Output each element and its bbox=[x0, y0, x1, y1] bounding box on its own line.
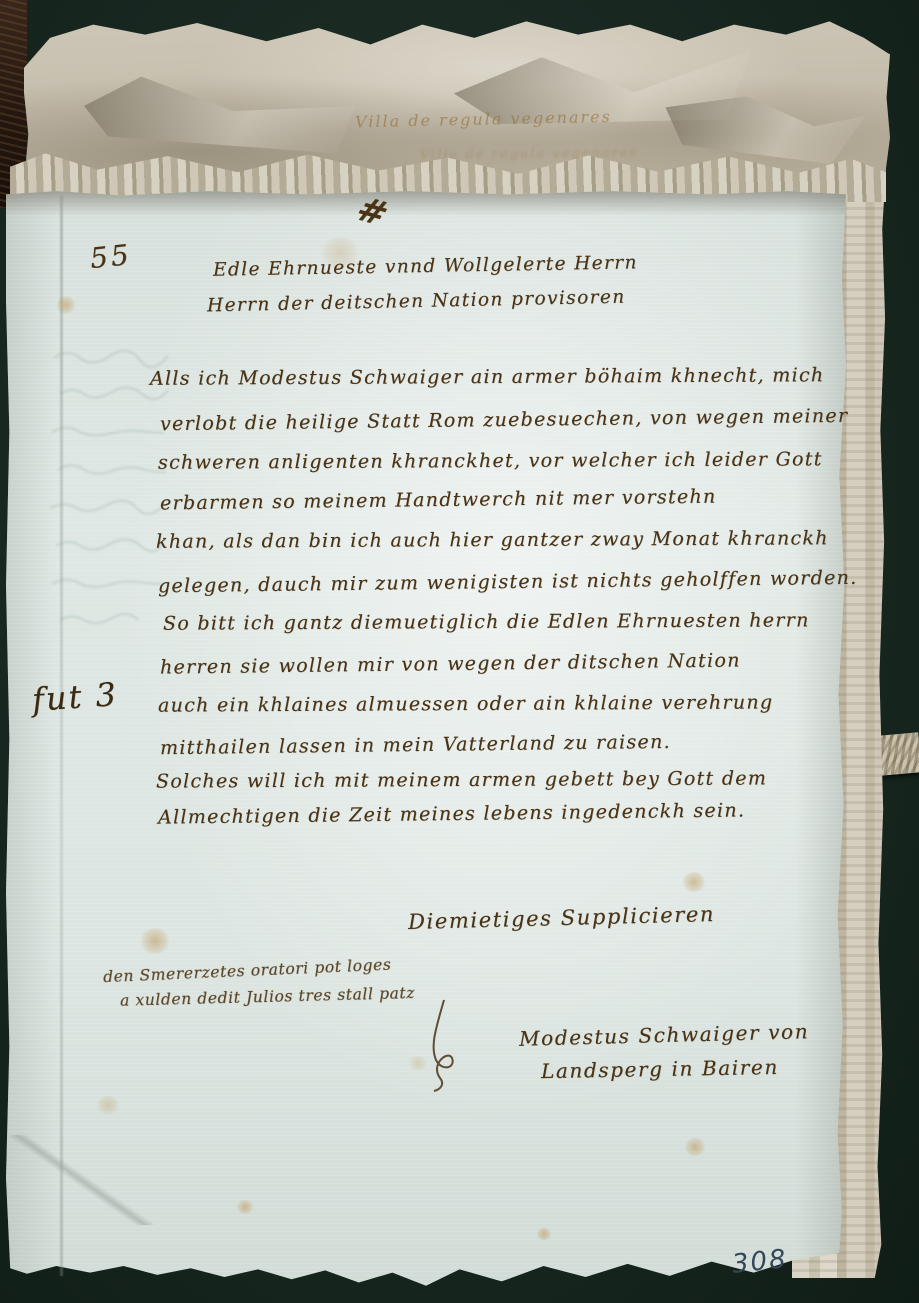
folio-number: 55 bbox=[88, 238, 133, 275]
foxing-spot bbox=[140, 928, 170, 954]
notary-flourish bbox=[390, 998, 470, 1093]
body-line: auch ein khlaines almuessen oder ain khl… bbox=[158, 691, 773, 716]
foxing-spot bbox=[96, 1096, 120, 1114]
paper-fold bbox=[81, 64, 357, 162]
foxing-spot bbox=[56, 296, 76, 314]
corner-crease bbox=[6, 1135, 156, 1225]
archival-scan: Villa de regula vegenares Villa de regul… bbox=[0, 0, 919, 1303]
body-line: Solches will ich mit meinem armen gebett… bbox=[156, 767, 767, 792]
signature-line: Landsperg in Bairen bbox=[541, 1055, 779, 1083]
foxing-spot bbox=[236, 1200, 254, 1214]
body-line: khan, als dan bin ich auch hier gantzer … bbox=[156, 527, 829, 553]
archive-page-number: 308 bbox=[731, 1244, 789, 1280]
body-line: So bitt ich gantz diemuetiglich die Edle… bbox=[163, 609, 810, 634]
foxing-spot bbox=[536, 1228, 552, 1240]
foxing-spot bbox=[682, 872, 706, 892]
foxing-spot bbox=[684, 1138, 706, 1156]
body-line: schweren anligenten khranckhet, vor welc… bbox=[158, 448, 823, 473]
margin-annotation: fut 3 bbox=[31, 675, 119, 719]
body-line: Alls ich Modestus Schwaiger ain armer bö… bbox=[150, 364, 825, 390]
